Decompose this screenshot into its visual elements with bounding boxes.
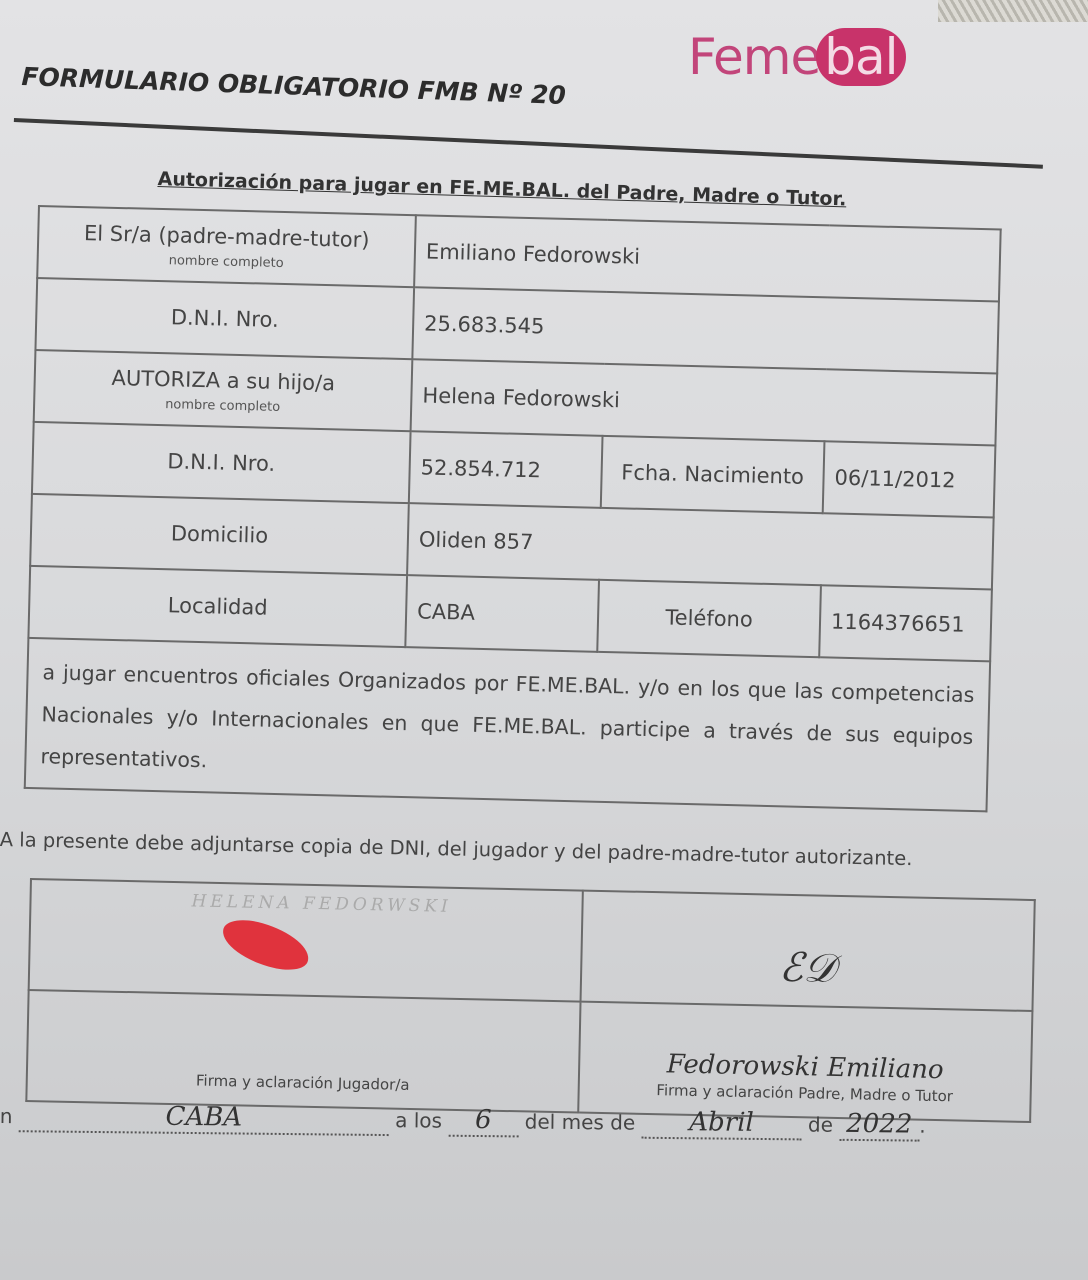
guardian-dni-label: D.N.I. Nro. xyxy=(35,278,414,359)
red-ink-mark xyxy=(217,913,315,977)
birth-date-field[interactable]: 06/11/2012 xyxy=(823,441,996,517)
place-field[interactable]: CABA xyxy=(19,1100,389,1136)
guardian-signature-field[interactable]: ℰ𝒟 xyxy=(581,891,1035,1011)
day-field[interactable]: 6 xyxy=(448,1105,518,1138)
authorization-form: El Sr/a (padre-madre-tutor)nombre comple… xyxy=(24,205,1002,812)
form-title: FORMULARIO OBLIGATORIO FMB Nº 20 xyxy=(21,62,566,110)
guardian-signature-label: Fedorowski Emiliano Firma y aclaración P… xyxy=(578,1002,1032,1122)
address-label: Domicilio xyxy=(30,494,409,575)
authorization-text: a jugar encuentros oficiales Organizados… xyxy=(24,639,991,813)
femebal-logo: Femebal xyxy=(688,28,906,86)
month-field[interactable]: Abril xyxy=(641,1107,801,1141)
child-dni-field[interactable]: 52.854.712 xyxy=(409,431,603,508)
guardian-handwritten-name: Fedorowski Emiliano xyxy=(590,1048,1021,1087)
title-divider xyxy=(14,118,1043,169)
guardian-signature-scribble: ℰ𝒟 xyxy=(779,945,836,992)
player-handwritten-name: HELENA FEDORWSKI xyxy=(191,891,452,916)
attachment-note: A la presente debe adjuntarse copia de D… xyxy=(0,828,913,870)
phone-label: Teléfono xyxy=(597,580,821,657)
city-field[interactable]: CABA xyxy=(405,575,599,652)
birth-date-label: Fcha. Nacimiento xyxy=(601,436,825,513)
document-page: Femebal FORMULARIO OBLIGATORIO FMB Nº 20… xyxy=(0,0,1088,1280)
phone-field[interactable]: 1164376651 xyxy=(819,585,992,661)
city-label: Localidad xyxy=(28,566,407,647)
child-dni-label: D.N.I. Nro. xyxy=(32,422,411,503)
player-signature-label: Firma y aclaración Jugador/a xyxy=(26,990,580,1113)
guardian-label: El Sr/a (padre-madre-tutor)nombre comple… xyxy=(37,206,416,287)
signature-table: HELENA FEDORWSKI ℰ𝒟 Firma y aclaración J… xyxy=(25,878,1035,1123)
player-signature-field[interactable]: HELENA FEDORWSKI xyxy=(29,879,583,1002)
background-fabric xyxy=(938,0,1088,22)
child-label: AUTORIZA a su hijo/anombre completo xyxy=(34,350,413,431)
form-subtitle: Autorización para jugar en FE.ME.BAL. de… xyxy=(157,168,846,210)
year-field[interactable]: 2022 xyxy=(839,1109,919,1142)
